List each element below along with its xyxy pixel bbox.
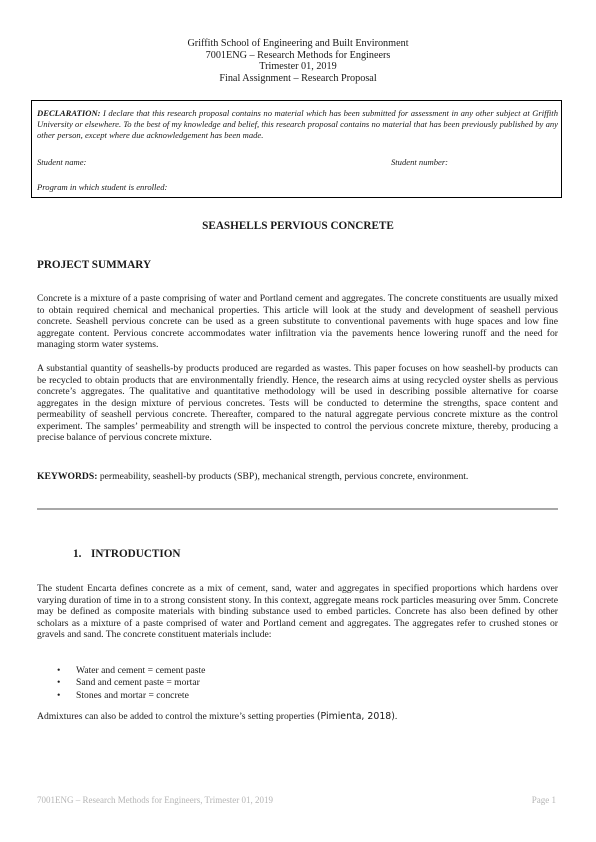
- program-label: Program in which student is enrolled:: [37, 182, 167, 193]
- list-item: •Stones and mortar = concrete: [37, 690, 205, 702]
- declaration-body: I declare that this research proposal co…: [37, 108, 558, 140]
- header-trimester: Trimester 01, 2019: [0, 61, 596, 73]
- introduction-title: INTRODUCTION: [91, 548, 181, 560]
- admixtures-text: Admixtures can also be added to control …: [37, 711, 317, 722]
- keywords-text: permeability, seashell-by products (SBP)…: [97, 471, 468, 482]
- keywords-label: KEYWORDS:: [37, 471, 97, 482]
- student-number-label: Student number:: [391, 157, 448, 168]
- footer-page-number: Page 1: [532, 795, 556, 805]
- declaration-box: DECLARATION: I declare that this researc…: [31, 100, 562, 198]
- bullet-icon: •: [57, 690, 60, 702]
- list-item-text: Sand and cement paste = mortar: [76, 677, 200, 688]
- header-assignment: Final Assignment – Research Proposal: [0, 73, 596, 85]
- project-summary-heading: PROJECT SUMMARY: [37, 259, 151, 271]
- summary-paragraph-2: A substantial quantity of seashells-by p…: [37, 363, 558, 444]
- student-name-label: Student name:: [37, 157, 86, 168]
- list-item-text: Stones and mortar = concrete: [76, 690, 189, 701]
- closing-period: .: [395, 711, 397, 722]
- introduction-number: 1.: [73, 548, 91, 560]
- citation: (Pimienta, 2018): [317, 711, 395, 722]
- list-item: •Sand and cement paste = mortar: [37, 677, 205, 689]
- keywords-line: KEYWORDS: permeability, seashell-by prod…: [37, 471, 558, 483]
- list-item-text: Water and cement = cement paste: [76, 665, 205, 676]
- constituents-list: •Water and cement = cement paste •Sand a…: [37, 665, 205, 702]
- document-title: SEASHELLS PERVIOUS CONCRETE: [0, 220, 596, 232]
- bullet-icon: •: [57, 665, 60, 677]
- header-school: Griffith School of Engineering and Built…: [0, 38, 596, 50]
- introduction-paragraph: The student Encarta defines concrete as …: [37, 583, 558, 641]
- declaration-label: DECLARATION:: [37, 108, 101, 118]
- document-header: Griffith School of Engineering and Built…: [0, 38, 596, 84]
- introduction-heading: 1.INTRODUCTION: [73, 548, 181, 560]
- horizontal-divider: [37, 508, 558, 510]
- header-course: 7001ENG – Research Methods for Engineers: [0, 50, 596, 62]
- list-item: •Water and cement = cement paste: [37, 665, 205, 677]
- bullet-icon: •: [57, 677, 60, 689]
- declaration-text: DECLARATION: I declare that this researc…: [37, 108, 558, 142]
- summary-paragraph-1: Concrete is a mixture of a paste compris…: [37, 293, 558, 351]
- admixtures-paragraph: Admixtures can also be added to control …: [37, 711, 558, 723]
- footer-course-info: 7001ENG – Research Methods for Engineers…: [37, 795, 273, 805]
